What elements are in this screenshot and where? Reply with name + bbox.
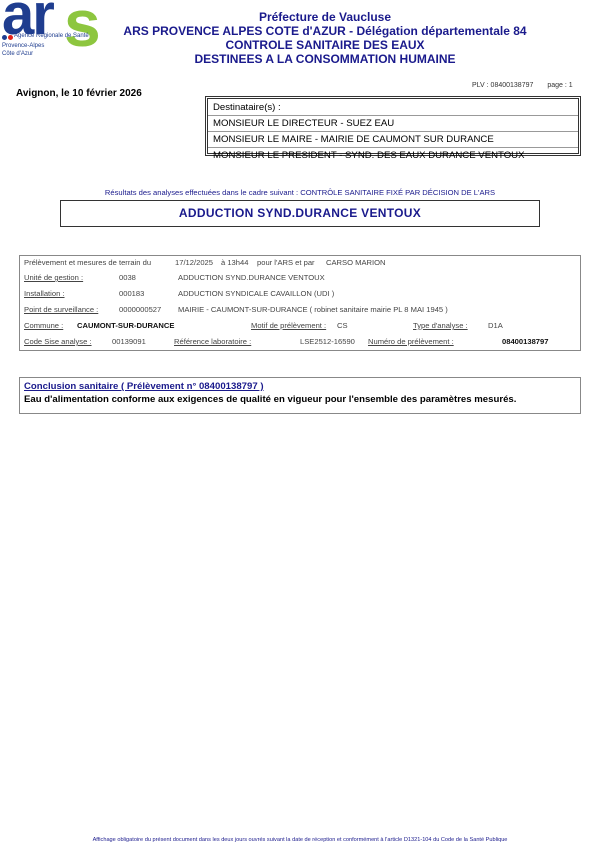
monitoring-point-name: MAIRIE - CAUMONT-SUR-DURANCE ( robinet s… [178,305,448,314]
conclusion-text: Eau d'alimentation conforme aux exigence… [24,393,576,407]
logo-blue-dot-icon [2,35,7,40]
logo-region-line2: Côte d'Azur [2,50,44,58]
recipient-item: MONSIEUR LE MAIRE - MAIRIE DE CAUMONT SU… [208,131,578,147]
reference-line: PLV : 08400138797page : 1 [472,82,573,89]
sampler-name: CARSO MARION [326,258,386,267]
ars-logo: ar s Agence Régionale de Santé Provence-… [0,0,112,62]
sampling-intro-row: Prélèvement et mesures de terrain du 17/… [24,258,580,274]
logo-agency-name: Agence Régionale de Santé [14,33,89,39]
page-number: page : 1 [547,82,572,89]
sampling-reason-label: Motif de prélèvement : [251,321,326,330]
analysis-type-label: Type d'analyse : [413,321,468,330]
management-unit-code: 0038 [119,273,136,282]
recipient-item: MONSIEUR LE DIRECTEUR - SUEZ EAU [208,115,578,131]
management-unit-name: ADDUCTION SYND.DURANCE VENTOUX [178,273,325,282]
references-row: Code Sise analyse : 00139091 Référence l… [24,337,580,353]
sample-number-value: 08400138797 [502,337,548,346]
sampling-intro-label: Prélèvement et mesures de terrain du [24,258,151,267]
monitoring-point-row: Point de surveillance : 0000000527 MAIRI… [24,305,580,321]
management-unit-row: Unité de gestion : 0038 ADDUCTION SYND.D… [24,273,580,289]
installation-name: ADDUCTION SYNDICALE CAVAILLON (UDI ) [178,289,334,298]
network-title: ADDUCTION SYND.DURANCE VENTOUX [60,200,540,227]
logo-region-line1: Provence-Alpes [2,42,44,50]
recipients-label: Destinataire(s) : [213,100,573,115]
sampling-reason-value: CS [337,321,348,330]
document-header: Préfecture de Vaucluse ARS PROVENCE ALPE… [110,10,540,66]
lab-reference-label: Référence laboratoire : [174,337,251,346]
sampling-by-label: pour l'ARS et par [257,258,315,267]
commune-row: Commune : CAUMONT-SUR-DURANCE Motif de p… [24,321,580,337]
monitoring-point-code: 0000000527 [119,305,161,314]
sample-number-label: Numéro de prélèvement : [368,337,454,346]
logo-red-dot-icon [8,35,13,40]
installation-code: 000183 [119,289,144,298]
management-unit-label: Unité de gestion : [24,273,83,282]
logo-region: Provence-Alpes Côte d'Azur [2,42,44,58]
analysis-type-value: D1A [488,321,503,330]
sampling-time: à 13h44 [221,258,248,267]
installation-label: Installation : [24,289,65,298]
sampling-date: 17/12/2025 [175,258,213,267]
plv-number: PLV : 08400138797 [472,82,533,89]
recipients-box: Destinataire(s) : MONSIEUR LE DIRECTEUR … [205,96,581,156]
sise-code-value: 00139091 [112,337,146,346]
installation-row: Installation : 000183 ADDUCTION SYNDICAL… [24,289,580,305]
logo-wordmark-s: s [64,0,101,56]
conclusion-title: Conclusion sanitaire ( Prélèvement n° 08… [24,380,576,393]
commune-label: Commune : [24,321,63,330]
header-control-subtitle: DESTINEES A LA CONSOMMATION HUMAINE [110,52,540,66]
lab-reference-value: LSE2512-16590 [300,337,355,346]
recipient-item: MONSIEUR LE PRESIDENT - SYND. DES EAUX D… [208,147,578,163]
header-ars-delegation: ARS PROVENCE ALPES COTE d'AZUR - Délégat… [110,24,540,38]
header-control-title: CONTROLE SANITAIRE DES EAUX [110,38,540,52]
monitoring-point-label: Point de surveillance : [24,305,98,314]
conclusion-box: Conclusion sanitaire ( Prélèvement n° 08… [19,377,581,414]
sampling-info-box: Prélèvement et mesures de terrain du 17/… [19,255,581,351]
context-line: Résultats des analyses effectuées dans l… [0,188,600,197]
commune-value: CAUMONT-SUR-DURANCE [77,321,174,330]
footer-notice: Affichage obligatoire du présent documen… [0,837,600,843]
header-prefecture: Préfecture de Vaucluse [110,10,540,24]
sise-code-label: Code Sise analyse : [24,337,92,346]
date-line: Avignon, le 10 février 2026 [16,88,142,99]
